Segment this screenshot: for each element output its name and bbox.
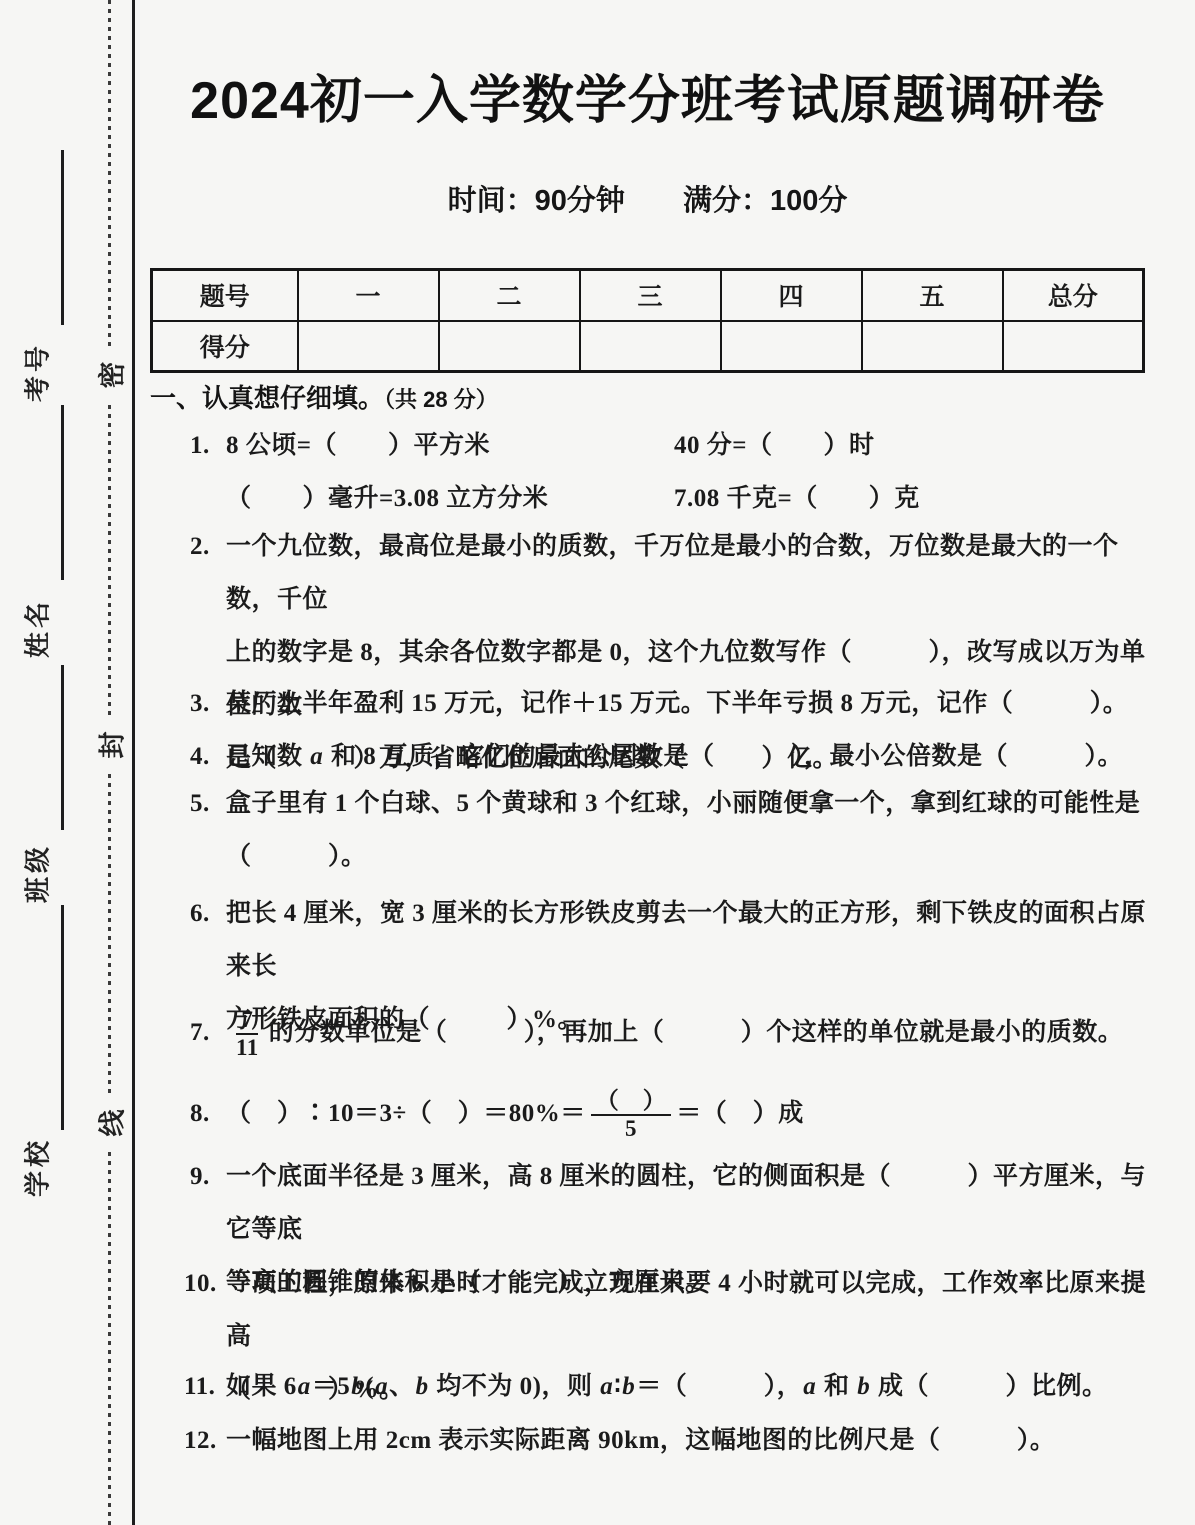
fraction-denominator: 11 (231, 1035, 264, 1061)
score-table-score-row: 得分 (152, 321, 1144, 372)
question-number: 9. (190, 1150, 210, 1203)
question-number: 5. (190, 777, 210, 830)
score-table-header-row: 题号 一 二 三 四 五 总分 (152, 270, 1144, 321)
score-table: 题号 一 二 三 四 五 总分 得分 (150, 268, 1145, 373)
question-text: 和 (817, 1373, 856, 1400)
score-cell-empty (439, 321, 580, 372)
variable: b (350, 1373, 365, 1400)
question-text: 成（ ）比例。 (871, 1373, 1107, 1400)
question-line: 一个底面半径是 3 厘米，高 8 厘米的圆柱，它的侧面积是（ ）平方厘米，与它等… (226, 1150, 1150, 1256)
question-line: 盒子里有 1 个白球、5 个黄球和 3 个红球，小丽随便拿一个，拿到红球的可能性… (226, 777, 1150, 830)
exam-number-label: 考号 (18, 342, 55, 402)
variable: a (309, 743, 324, 770)
score-cell-empty (298, 321, 439, 372)
question-line: 711的分数单位是（ ），再加上（ ）个这样的单位就是最小的质数。 (226, 993, 1150, 1073)
question-text: 、 (389, 1373, 415, 1400)
seal-char-xian: 线 (91, 1098, 130, 1149)
fraction: （ ）5 (591, 1088, 672, 1143)
score-cell-empty (580, 321, 721, 372)
score-table-header-cell: 四 (721, 270, 862, 321)
content-left-border (132, 0, 135, 1525)
question-number: 10. (184, 1257, 217, 1310)
question-line: 把长 4 厘米，宽 3 厘米的长方形铁皮剪去一个最大的正方形，剩下铁皮的面积占原… (226, 887, 1150, 993)
fill-blank-item: 7.08 千克=（ ）克 (674, 472, 920, 525)
section-one-title: 一、认真想仔细填。 (150, 383, 384, 413)
score-cell-empty (862, 321, 1003, 372)
section-one-note: （共 28 分） (384, 387, 498, 412)
score-table-header-cell: 一 (298, 270, 439, 321)
question-number: 7. (190, 993, 210, 1073)
score-row-label: 得分 (152, 321, 298, 372)
full-score-label: 满分：100分 (683, 178, 847, 219)
score-cell-empty (1003, 321, 1144, 372)
class-label: 班级 (18, 843, 55, 903)
question-number: 8. (190, 1078, 210, 1150)
question-number: 3. (190, 677, 210, 730)
question-text: 已知数 (226, 743, 309, 770)
exam-paper-page: 考号 姓名 班级 学校 密 封 线 2024初一入学数学分班考试原题调研卷 时间… (0, 0, 1195, 1525)
question-text: 均不为 0)，则 (430, 1373, 600, 1400)
score-table-header-cell: 五 (862, 270, 1003, 321)
exam-meta: 时间：90分钟 满分：100分 (150, 178, 1145, 219)
question-text: （ ）∶10＝3÷（ ）＝80%＝ (226, 1100, 586, 1127)
score-table-header-cell: 总分 (1003, 270, 1144, 321)
question-text: ＝（ ）， (636, 1373, 802, 1400)
question-line: （ ）∶10＝3÷（ ）＝80%＝（ ）5＝（ ）成 (226, 1078, 1150, 1150)
question-line: （ ）。 (226, 830, 1150, 883)
question-line: 已知数 a 和 8 互质，它们的最大公因数是（ ），最小公倍数是（ ）。 (226, 730, 1150, 783)
question-8: 8. （ ）∶10＝3÷（ ）＝80%＝（ ）5＝（ ）成 (150, 1078, 1150, 1150)
question-text: 的分数单位是（ ），再加上（ ）个这样的单位就是最小的质数。 (269, 1019, 1124, 1046)
question-4: 4. 已知数 a 和 8 互质，它们的最大公因数是（ ），最小公倍数是（ ）。 (150, 730, 1150, 783)
seal-char-feng: 封 (91, 720, 130, 771)
question-12: 12. 一幅地图上用 2cm 表示实际距离 90km，这幅地图的比例尺是（ ）。 (150, 1414, 1150, 1467)
question-number: 1. (190, 419, 210, 472)
question-text: ＝5 (312, 1373, 351, 1400)
question-7: 7. 711的分数单位是（ ），再加上（ ）个这样的单位就是最小的质数。 (150, 993, 1150, 1073)
name-label: 姓名 (18, 598, 55, 658)
question-5: 5. 盒子里有 1 个白球、5 个黄球和 3 个红球，小丽随便拿一个，拿到红球的… (150, 777, 1150, 883)
question-number: 2. (190, 520, 210, 573)
school-label: 学校 (18, 1137, 55, 1197)
question-line: 一项工程，原来 6 小时才能完成，现在只要 4 小时就可以完成，工作效率比原来提… (226, 1257, 1150, 1363)
fraction-numerator: 7 (236, 1007, 258, 1035)
fraction-denominator: 5 (620, 1116, 642, 1142)
fraction: 711 (231, 1007, 264, 1062)
school-fill-line (61, 905, 64, 1130)
question-number: 11. (184, 1360, 215, 1413)
variable: b (856, 1373, 871, 1400)
score-cell-empty (721, 321, 862, 372)
exam-number-fill-line (61, 150, 64, 325)
variable: a (297, 1373, 312, 1400)
fill-blank-item: 40 分=（ ）时 (674, 419, 875, 472)
question-text: 如果 6 (226, 1373, 297, 1400)
question-line: 8 公顷=（ ）平方米 40 分=（ ）时 (226, 419, 1150, 472)
question-number: 4. (190, 730, 210, 783)
variable: a (599, 1373, 614, 1400)
fraction-numerator: （ ） (591, 1088, 672, 1116)
seal-char-mi: 密 (91, 350, 130, 401)
fill-blank-item: 8 公顷=（ ）平方米 (226, 432, 490, 459)
question-number: 12. (184, 1414, 217, 1467)
score-table-header-cell: 二 (439, 270, 580, 321)
fill-blank-item: （ ）毫升=3.08 立方分米 (226, 485, 548, 512)
section-one-heading: 一、认真想仔细填。（共 28 分） (150, 378, 498, 415)
question-text: 和 8 互质，它们的最大公因数是（ ），最小公倍数是（ ）。 (324, 743, 1123, 770)
score-table-header-cell: 三 (580, 270, 721, 321)
question-text: ＝（ ）成 (676, 1100, 804, 1127)
score-table-header-cell: 题号 (152, 270, 298, 321)
question-line: （ ）毫升=3.08 立方分米 7.08 千克=（ ）克 (226, 472, 1150, 525)
question-1: 1. 8 公顷=（ ）平方米 40 分=（ ）时 （ ）毫升=3.08 立方分米… (150, 419, 1150, 525)
variable: b (621, 1373, 636, 1400)
time-label: 时间：90分钟 (448, 178, 625, 219)
question-11: 11. 如果 6a＝5b(a、b 均不为 0)，则 a∶b＝（ ），a 和 b … (150, 1360, 1150, 1413)
page-title: 2024初一入学数学分班考试原题调研卷 (150, 58, 1145, 133)
question-line: 如果 6a＝5b(a、b 均不为 0)，则 a∶b＝（ ），a 和 b 成（ ）… (226, 1360, 1150, 1413)
variable: a (374, 1373, 389, 1400)
question-3: 3. 某厂上半年盈利 15 万元，记作＋15 万元。下半年亏损 8 万元，记作（… (150, 677, 1150, 730)
question-line: 某厂上半年盈利 15 万元，记作＋15 万元。下半年亏损 8 万元，记作（ ）。 (226, 677, 1150, 730)
question-text: ( (365, 1373, 374, 1400)
question-number: 6. (190, 887, 210, 940)
name-fill-line (61, 405, 64, 580)
variable: b (415, 1373, 430, 1400)
question-line: 一幅地图上用 2cm 表示实际距离 90km，这幅地图的比例尺是（ ）。 (226, 1414, 1150, 1467)
question-line: 一个九位数，最高位是最小的质数，千万位是最小的合数，万位数是最大的一个数，千位 (226, 520, 1150, 626)
variable: a (802, 1373, 817, 1400)
class-fill-line (61, 665, 64, 830)
